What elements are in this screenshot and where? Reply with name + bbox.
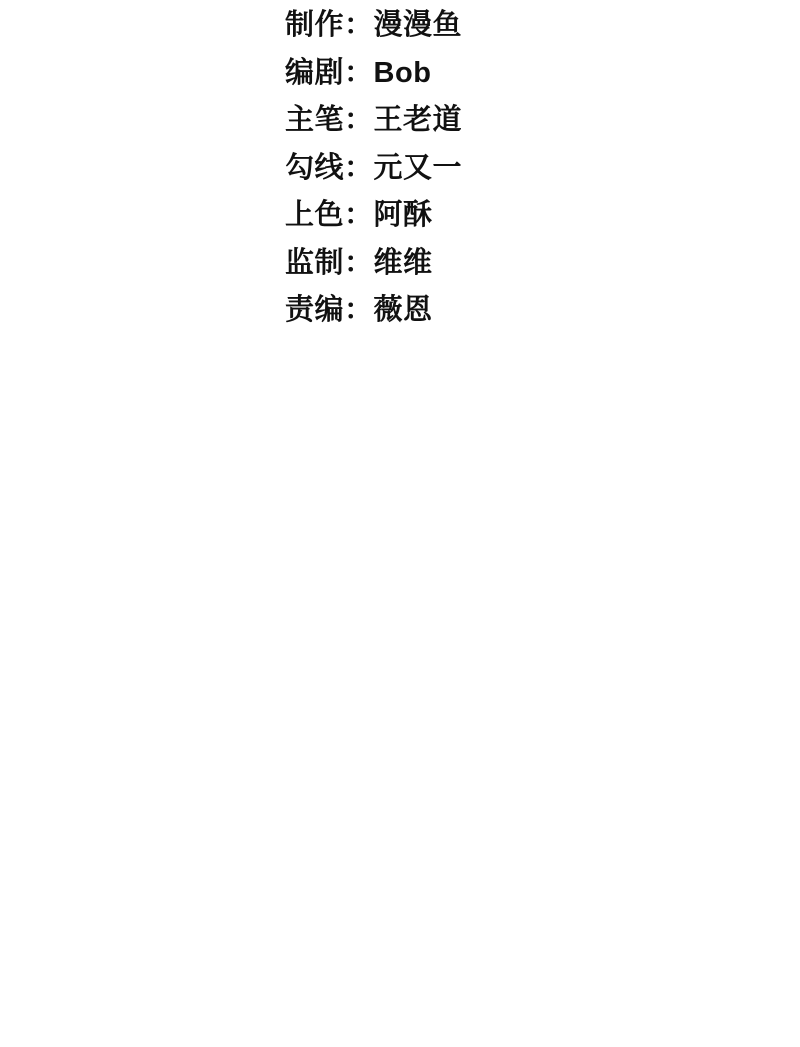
credit-line-lead-artist: 主笔：王老道 <box>285 97 462 145</box>
credit-role: 主笔 <box>285 104 344 136</box>
credit-role: 责编 <box>285 294 344 326</box>
credit-name: 薇恩 <box>374 294 433 326</box>
credit-name: 维维 <box>374 247 433 279</box>
credit-separator: ： <box>344 104 374 136</box>
credits-block: 制作：漫漫鱼 编剧：Bob 主笔：王老道 勾线：元又一 上色：阿酥 监制：维维 … <box>285 2 462 335</box>
credit-separator: ： <box>344 152 374 184</box>
credit-role: 上色 <box>285 199 344 231</box>
credit-separator: ： <box>344 247 374 279</box>
credits-page: 制作：漫漫鱼 编剧：Bob 主笔：王老道 勾线：元又一 上色：阿酥 监制：维维 … <box>0 0 800 1047</box>
credit-role: 监制 <box>285 247 344 279</box>
credit-line-inker: 勾线：元又一 <box>285 145 462 193</box>
credit-line-colorist: 上色：阿酥 <box>285 192 462 240</box>
credit-role: 勾线 <box>285 152 344 184</box>
credit-name: 漫漫鱼 <box>374 9 463 41</box>
credit-name: 元又一 <box>374 152 463 184</box>
credit-separator: ： <box>344 57 374 89</box>
credit-name: Bob <box>374 57 432 89</box>
credit-separator: ： <box>344 199 374 231</box>
credit-role: 制作 <box>285 9 344 41</box>
credit-line-supervisor: 监制：维维 <box>285 240 462 288</box>
credit-line-writer: 编剧：Bob <box>285 50 462 98</box>
credit-role: 编剧 <box>285 57 344 89</box>
credit-line-producer: 制作：漫漫鱼 <box>285 2 462 50</box>
credit-line-editor: 责编：薇恩 <box>285 287 462 335</box>
credit-separator: ： <box>344 294 374 326</box>
credit-separator: ： <box>344 9 374 41</box>
credit-name: 阿酥 <box>374 199 433 231</box>
credit-name: 王老道 <box>374 104 463 136</box>
